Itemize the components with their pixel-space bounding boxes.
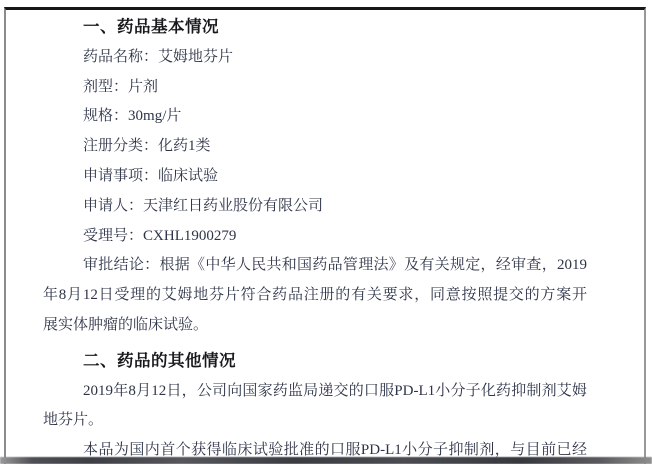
field-value: 艾姆地芬片 [158, 49, 233, 65]
colon-separator: ： [128, 198, 143, 214]
field-value: 天津红日药业股份有限公司 [143, 198, 323, 214]
section2-heading: 二、药品的其他情况 [43, 347, 587, 377]
approval-conclusion-line: 审批结论：根据《中华人民共和国药品管理法》及有关规定，经审查，2019 [43, 251, 587, 281]
colon-separator: ： [143, 49, 158, 65]
field-value: CXHL1900279 [143, 228, 236, 244]
field-dosage-form: 剂型：片剂 [43, 73, 587, 103]
document-border-box: 一、药品基本情况 药品名称：艾姆地芬片 剂型：片剂 规格：30mg/片 注册分类… [4, 7, 646, 464]
field-acceptance-number: 受理号：CXHL1900279 [43, 222, 587, 252]
colon-separator: ： [143, 138, 158, 154]
field-value: 片剂 [128, 79, 158, 95]
submission-paragraph-line: 2019年8月12日，公司向国家药监局递交的口服PD-L1小分子化药抑制剂艾姆 [43, 377, 587, 407]
field-label: 药品名称 [83, 49, 143, 65]
colon-separator: ： [113, 108, 128, 124]
field-label: 规格 [83, 108, 113, 124]
field-registration-class: 注册分类：化药1类 [43, 132, 587, 162]
field-specification: 规格：30mg/片 [43, 102, 587, 132]
field-value: 化药1类 [158, 138, 211, 154]
colon-separator: ： [113, 79, 128, 95]
field-drug-name: 药品名称：艾姆地芬片 [43, 43, 587, 73]
field-value: 临床试验 [158, 168, 218, 184]
field-value: 30mg/片 [128, 108, 181, 124]
field-applicant: 申请人：天津红日药业股份有限公司 [43, 192, 587, 222]
field-label: 申请人 [83, 198, 128, 214]
approval-conclusion-line: 年8月12日受理的艾姆地芬片符合药品注册的有关要求，同意按照提交的方案开 [43, 281, 587, 311]
field-label: 申请事项 [83, 168, 143, 184]
field-label: 受理号 [83, 228, 128, 244]
cutoff-text-band [0, 457, 652, 464]
colon-separator: ： [143, 168, 158, 184]
field-label: 剂型 [83, 79, 113, 95]
field-application-item: 申请事项：临床试验 [43, 162, 587, 192]
field-label: 注册分类 [83, 138, 143, 154]
approval-conclusion-line: 展实体肿瘤的临床试验。 [43, 311, 587, 341]
colon-separator: ： [128, 228, 143, 244]
section1-heading: 一、药品基本情况 [43, 13, 587, 43]
submission-paragraph-line: 地芬片。 [43, 406, 587, 436]
